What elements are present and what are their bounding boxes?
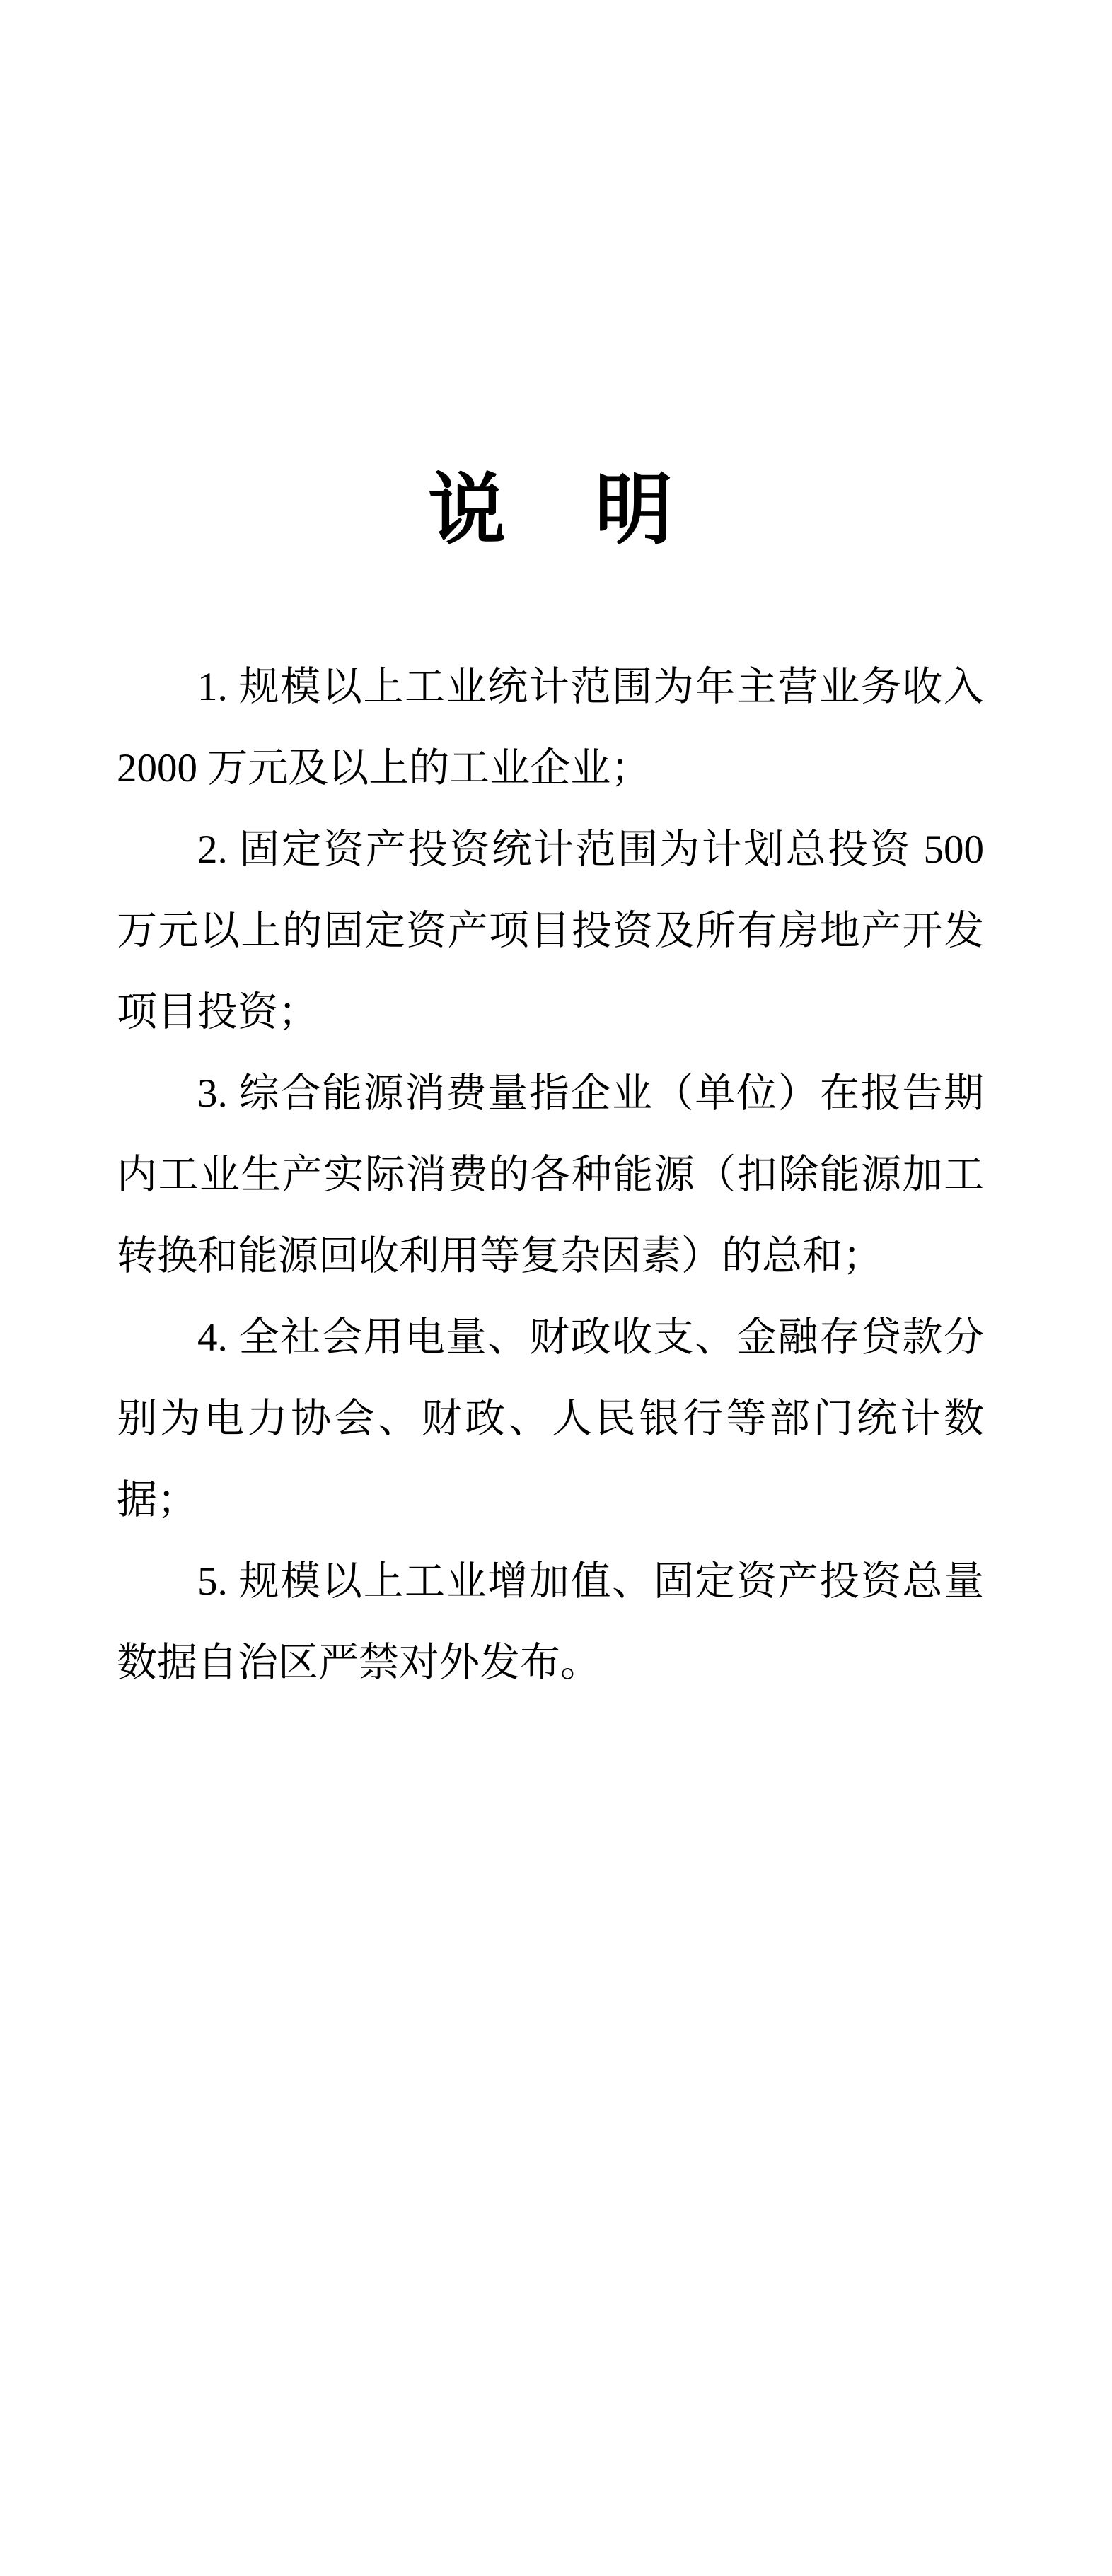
note-paragraph-2: 2. 固定资产投资统计范围为计划总投资 500 万元以上的固定资产项目投资及所有… bbox=[117, 809, 984, 1053]
note-paragraph-4: 4. 全社会用电量、财政收支、金融存贷款分别为电力协会、财政、人民银行等部门统计… bbox=[117, 1297, 984, 1541]
title-char-first: 说 bbox=[428, 468, 506, 554]
notes-body: 1. 规模以上工业统计范围为年主营业务收入 2000 万元及以上的工业企业； 2… bbox=[117, 646, 984, 1703]
page-title: 说明 bbox=[117, 468, 984, 554]
document-page: 说明 1. 规模以上工业统计范围为年主营业务收入 2000 万元及以上的工业企业… bbox=[0, 0, 1112, 2576]
note-paragraph-3: 3. 综合能源消费量指企业（单位）在报告期内工业生产实际消费的各种能源（扣除能源… bbox=[117, 1053, 984, 1297]
note-paragraph-1: 1. 规模以上工业统计范围为年主营业务收入 2000 万元及以上的工业企业； bbox=[117, 646, 984, 809]
note-paragraph-5: 5. 规模以上工业增加值、固定资产投资总量数据自治区严禁对外发布。 bbox=[117, 1541, 984, 1703]
title-char-second: 明 bbox=[595, 468, 673, 554]
